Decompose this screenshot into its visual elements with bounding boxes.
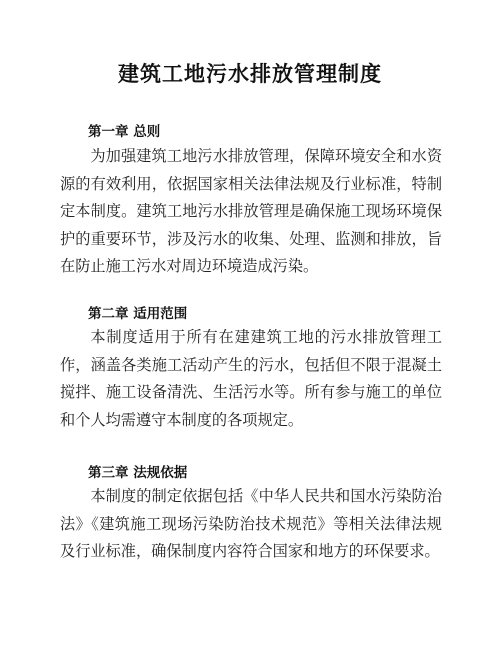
chapter-2-heading: 第二章 适用范围 [88,302,187,322]
chapter-1-heading: 第一章 总则 [88,120,160,140]
chapter-3-heading: 第三章 法规依据 [88,461,187,481]
document-title: 建筑工地污水排放管理制度 [0,58,500,88]
document-page: 建筑工地污水排放管理制度 第一章 总则 为加强建筑工地污水排放管理，保障环境安全… [0,0,500,647]
chapter-1-body: 为加强建筑工地污水排放管理，保障环境安全和水资源的有效利用，依据国家相关法律法规… [60,143,442,281]
chapter-2-body: 本制度适用于所有在建建筑工地的污水排放管理工作，涵盖各类施工活动产生的污水，包括… [60,324,442,434]
chapter-3-body: 本制度的制定依据包括《中华人民共和国水污染防治法》《建筑施工现场污染防治技术规范… [60,483,442,566]
